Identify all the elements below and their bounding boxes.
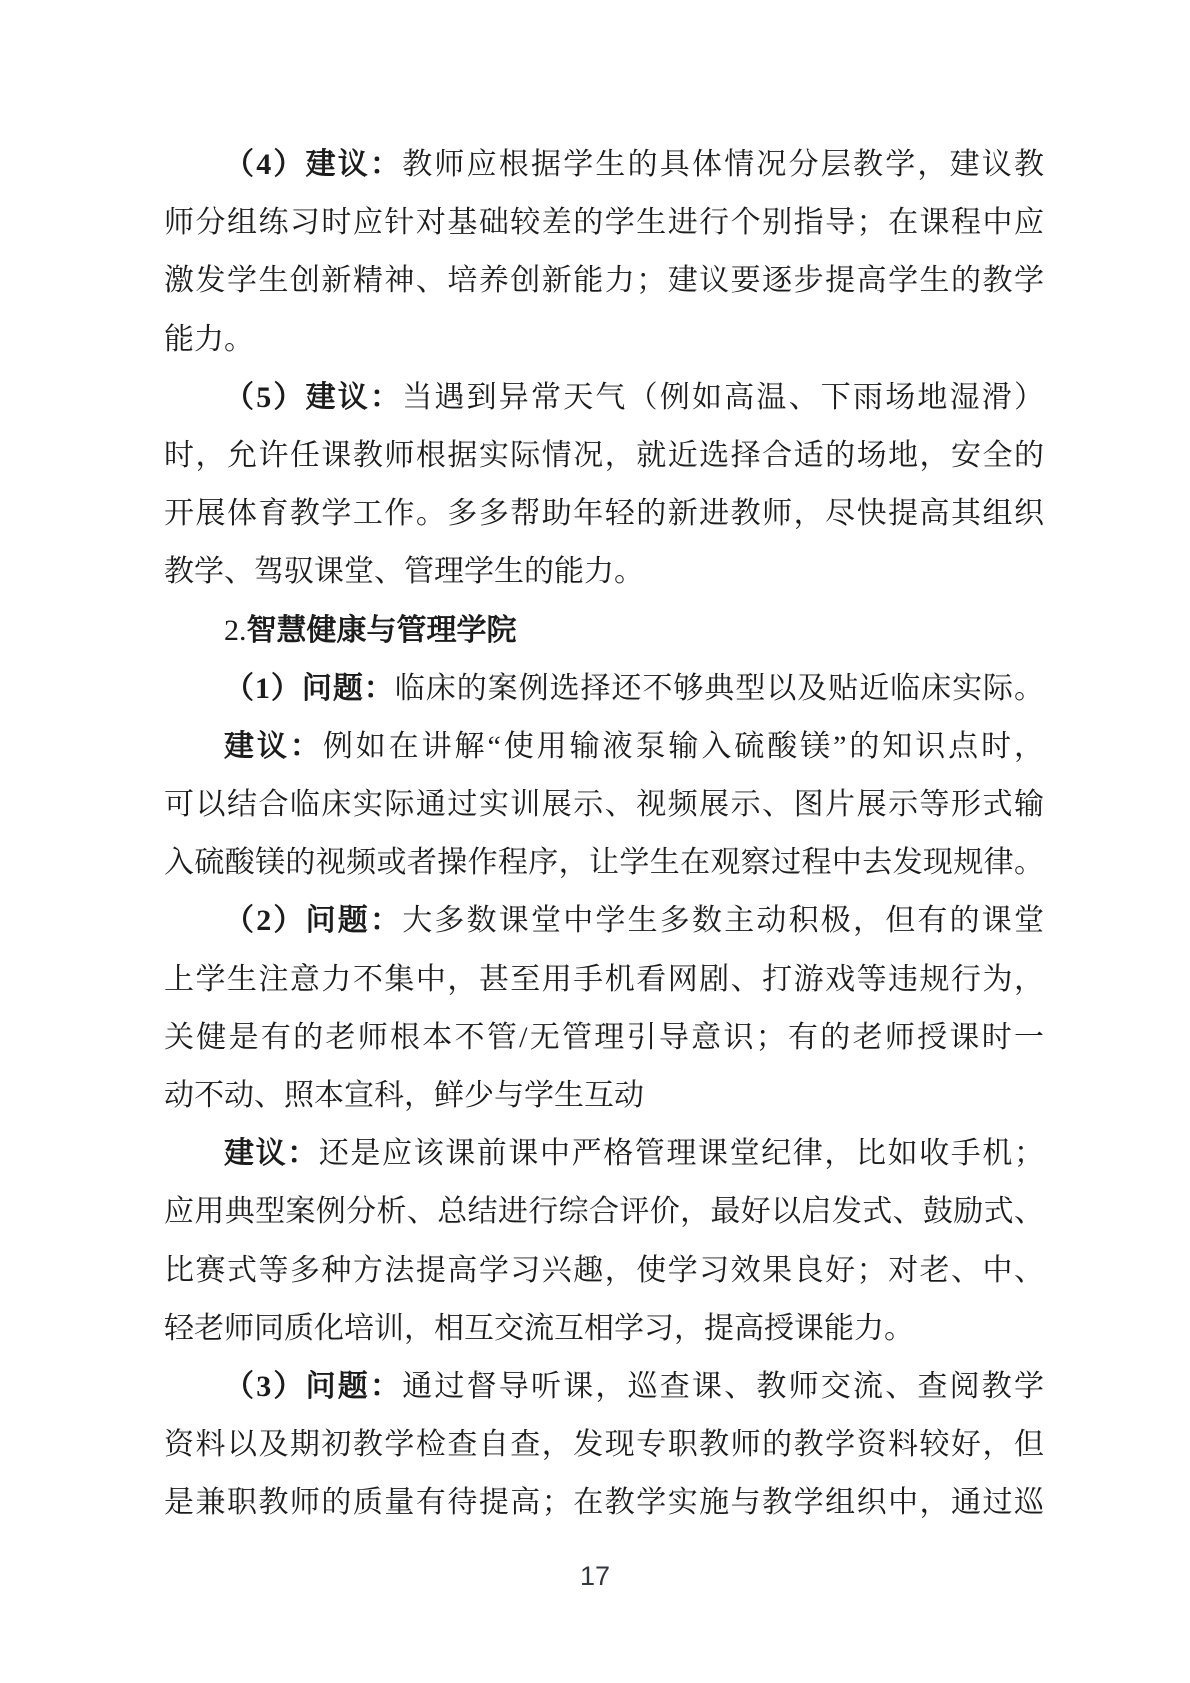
text-segment: 关健是有的老师根本不管/无管理引导意识；有的老师授课时一 — [164, 1021, 1044, 1054]
text-segment: 入硫酸镁的视频或者操作程序，让学生在观察过程中去发现规律。 — [164, 846, 1044, 879]
para-3-problem-line: 是兼职教师的质量有待提高；在教学实施与教学组织中，通过巡 — [164, 1474, 1044, 1532]
heading-school-2-line: 2.智慧健康与管理学院 — [164, 602, 1044, 660]
document-page: （4）建议：教师应根据学生的具体情况分层教学，建议教师分组练习时应针对基础较差的… — [0, 0, 1190, 1683]
para-2-problem-line: 上学生注意力不集中，甚至用手机看网剧、打游戏等违规行为， — [164, 951, 1044, 1009]
bold-label: （1）问题： — [224, 672, 395, 705]
text-segment: 还是应该课前课中严格管理课堂纪律，比如收手机； — [319, 1137, 1044, 1170]
para-1-suggestion-line: 入硫酸镁的视频或者操作程序，让学生在观察过程中去发现规律。 — [164, 834, 1044, 892]
para-4-suggestion-line: 师分组练习时应针对基础较差的学生进行个别指导；在课程中应 — [164, 194, 1044, 252]
page-number: 17 — [0, 1561, 1190, 1591]
para-3-problem-line: 资料以及期初教学检查自查，发现专职教师的教学资料较好，但 — [164, 1416, 1044, 1474]
para-1-suggestion-line: 建议：例如在讲解“使用输液泵输入硫酸镁”的知识点时， — [164, 718, 1044, 776]
para-3-problem-line: （3）问题：通过督导听课，巡查课、教师交流、查阅教学 — [164, 1358, 1044, 1416]
para-5-suggestion-line: （5）建议：当遇到异常天气（例如高温、下雨场地湿滑） — [164, 369, 1044, 427]
text-segment: 资料以及期初教学检查自查，发现专职教师的教学资料较好，但 — [164, 1428, 1044, 1461]
para-2-suggestion-line: 比赛式等多种方法提高学习兴趣，使学习效果良好；对老、中、 — [164, 1242, 1044, 1300]
bold-label: （2）问题： — [224, 904, 402, 937]
text-segment: 2. — [224, 614, 247, 647]
text-segment: 教师应根据学生的具体情况分层教学，建议教 — [402, 148, 1044, 181]
para-5-suggestion-line: 教学、驾驭课堂、管理学生的能力。 — [164, 543, 1044, 601]
para-5-suggestion-line: 时，允许任课教师根据实际情况，就近选择合适的场地，安全的 — [164, 427, 1044, 485]
text-segment: 比赛式等多种方法提高学习兴趣，使学习效果良好；对老、中、 — [164, 1254, 1044, 1287]
text-segment: 上学生注意力不集中，甚至用手机看网剧、打游戏等违规行为， — [164, 963, 1044, 996]
text-segment: 动不动、照本宣科，鲜少与学生互动 — [164, 1079, 644, 1112]
text-segment: 当遇到异常天气（例如高温、下雨场地湿滑） — [402, 381, 1044, 414]
bold-label: 建议： — [224, 1137, 319, 1170]
para-2-problem-line: 关健是有的老师根本不管/无管理引导意识；有的老师授课时一 — [164, 1009, 1044, 1067]
para-2-problem-line: 动不动、照本宣科，鲜少与学生互动 — [164, 1067, 1044, 1125]
text-segment: 师分组练习时应针对基础较差的学生进行个别指导；在课程中应 — [164, 206, 1044, 239]
para-4-suggestion-line: （4）建议：教师应根据学生的具体情况分层教学，建议教 — [164, 136, 1044, 194]
bold-label: 智慧健康与管理学院 — [247, 614, 517, 647]
para-2-suggestion-line: 轻老师同质化培训，相互交流互相学习，提高授课能力。 — [164, 1300, 1044, 1358]
para-4-suggestion-line: 能力。 — [164, 311, 1044, 369]
para-4-suggestion-line: 激发学生创新精神、培养创新能力；建议要逐步提高学生的教学 — [164, 252, 1044, 310]
para-2-suggestion-line: 应用典型案例分析、总结进行综合评价，最好以启发式、鼓励式、 — [164, 1183, 1044, 1241]
text-segment: 大多数课堂中学生多数主动积极，但有的课堂 — [402, 904, 1044, 937]
para-1-suggestion-line: 可以结合临床实际通过实训展示、视频展示、图片展示等形式输 — [164, 776, 1044, 834]
para-2-suggestion-line: 建议：还是应该课前课中严格管理课堂纪律，比如收手机； — [164, 1125, 1044, 1183]
text-segment: 通过督导听课，巡查课、教师交流、查阅教学 — [402, 1370, 1044, 1403]
text-segment: 可以结合临床实际通过实训展示、视频展示、图片展示等形式输 — [164, 788, 1044, 821]
bold-label: （5）建议： — [224, 381, 402, 414]
text-segment: 轻老师同质化培训，相互交流互相学习，提高授课能力。 — [164, 1312, 914, 1345]
text-segment: 临床的案例选择还不够典型以及贴近临床实际。 — [395, 672, 1044, 705]
text-segment: 开展体育教学工作。多多帮助年轻的新进教师，尽快提高其组织 — [164, 497, 1044, 530]
text-segment: 例如在讲解“使用输液泵输入硫酸镁”的知识点时， — [323, 730, 1044, 763]
text-segment: 是兼职教师的质量有待提高；在教学实施与教学组织中，通过巡 — [164, 1486, 1044, 1519]
bold-label: （3）问题： — [224, 1370, 402, 1403]
text-segment: 激发学生创新精神、培养创新能力；建议要逐步提高学生的教学 — [164, 264, 1044, 297]
para-5-suggestion-line: 开展体育教学工作。多多帮助年轻的新进教师，尽快提高其组织 — [164, 485, 1044, 543]
text-column: （4）建议：教师应根据学生的具体情况分层教学，建议教师分组练习时应针对基础较差的… — [164, 136, 1044, 1533]
text-segment: 教学、驾驭课堂、管理学生的能力。 — [164, 555, 644, 588]
text-segment: 时，允许任课教师根据实际情况，就近选择合适的场地，安全的 — [164, 439, 1044, 472]
text-segment: 能力。 — [164, 323, 254, 356]
text-segment: 应用典型案例分析、总结进行综合评价，最好以启发式、鼓励式、 — [164, 1195, 1044, 1228]
para-1-problem-line: （1）问题：临床的案例选择还不够典型以及贴近临床实际。 — [164, 660, 1044, 718]
bold-label: 建议： — [224, 730, 323, 763]
bold-label: （4）建议： — [224, 148, 402, 181]
para-2-problem-line: （2）问题：大多数课堂中学生多数主动积极，但有的课堂 — [164, 892, 1044, 950]
